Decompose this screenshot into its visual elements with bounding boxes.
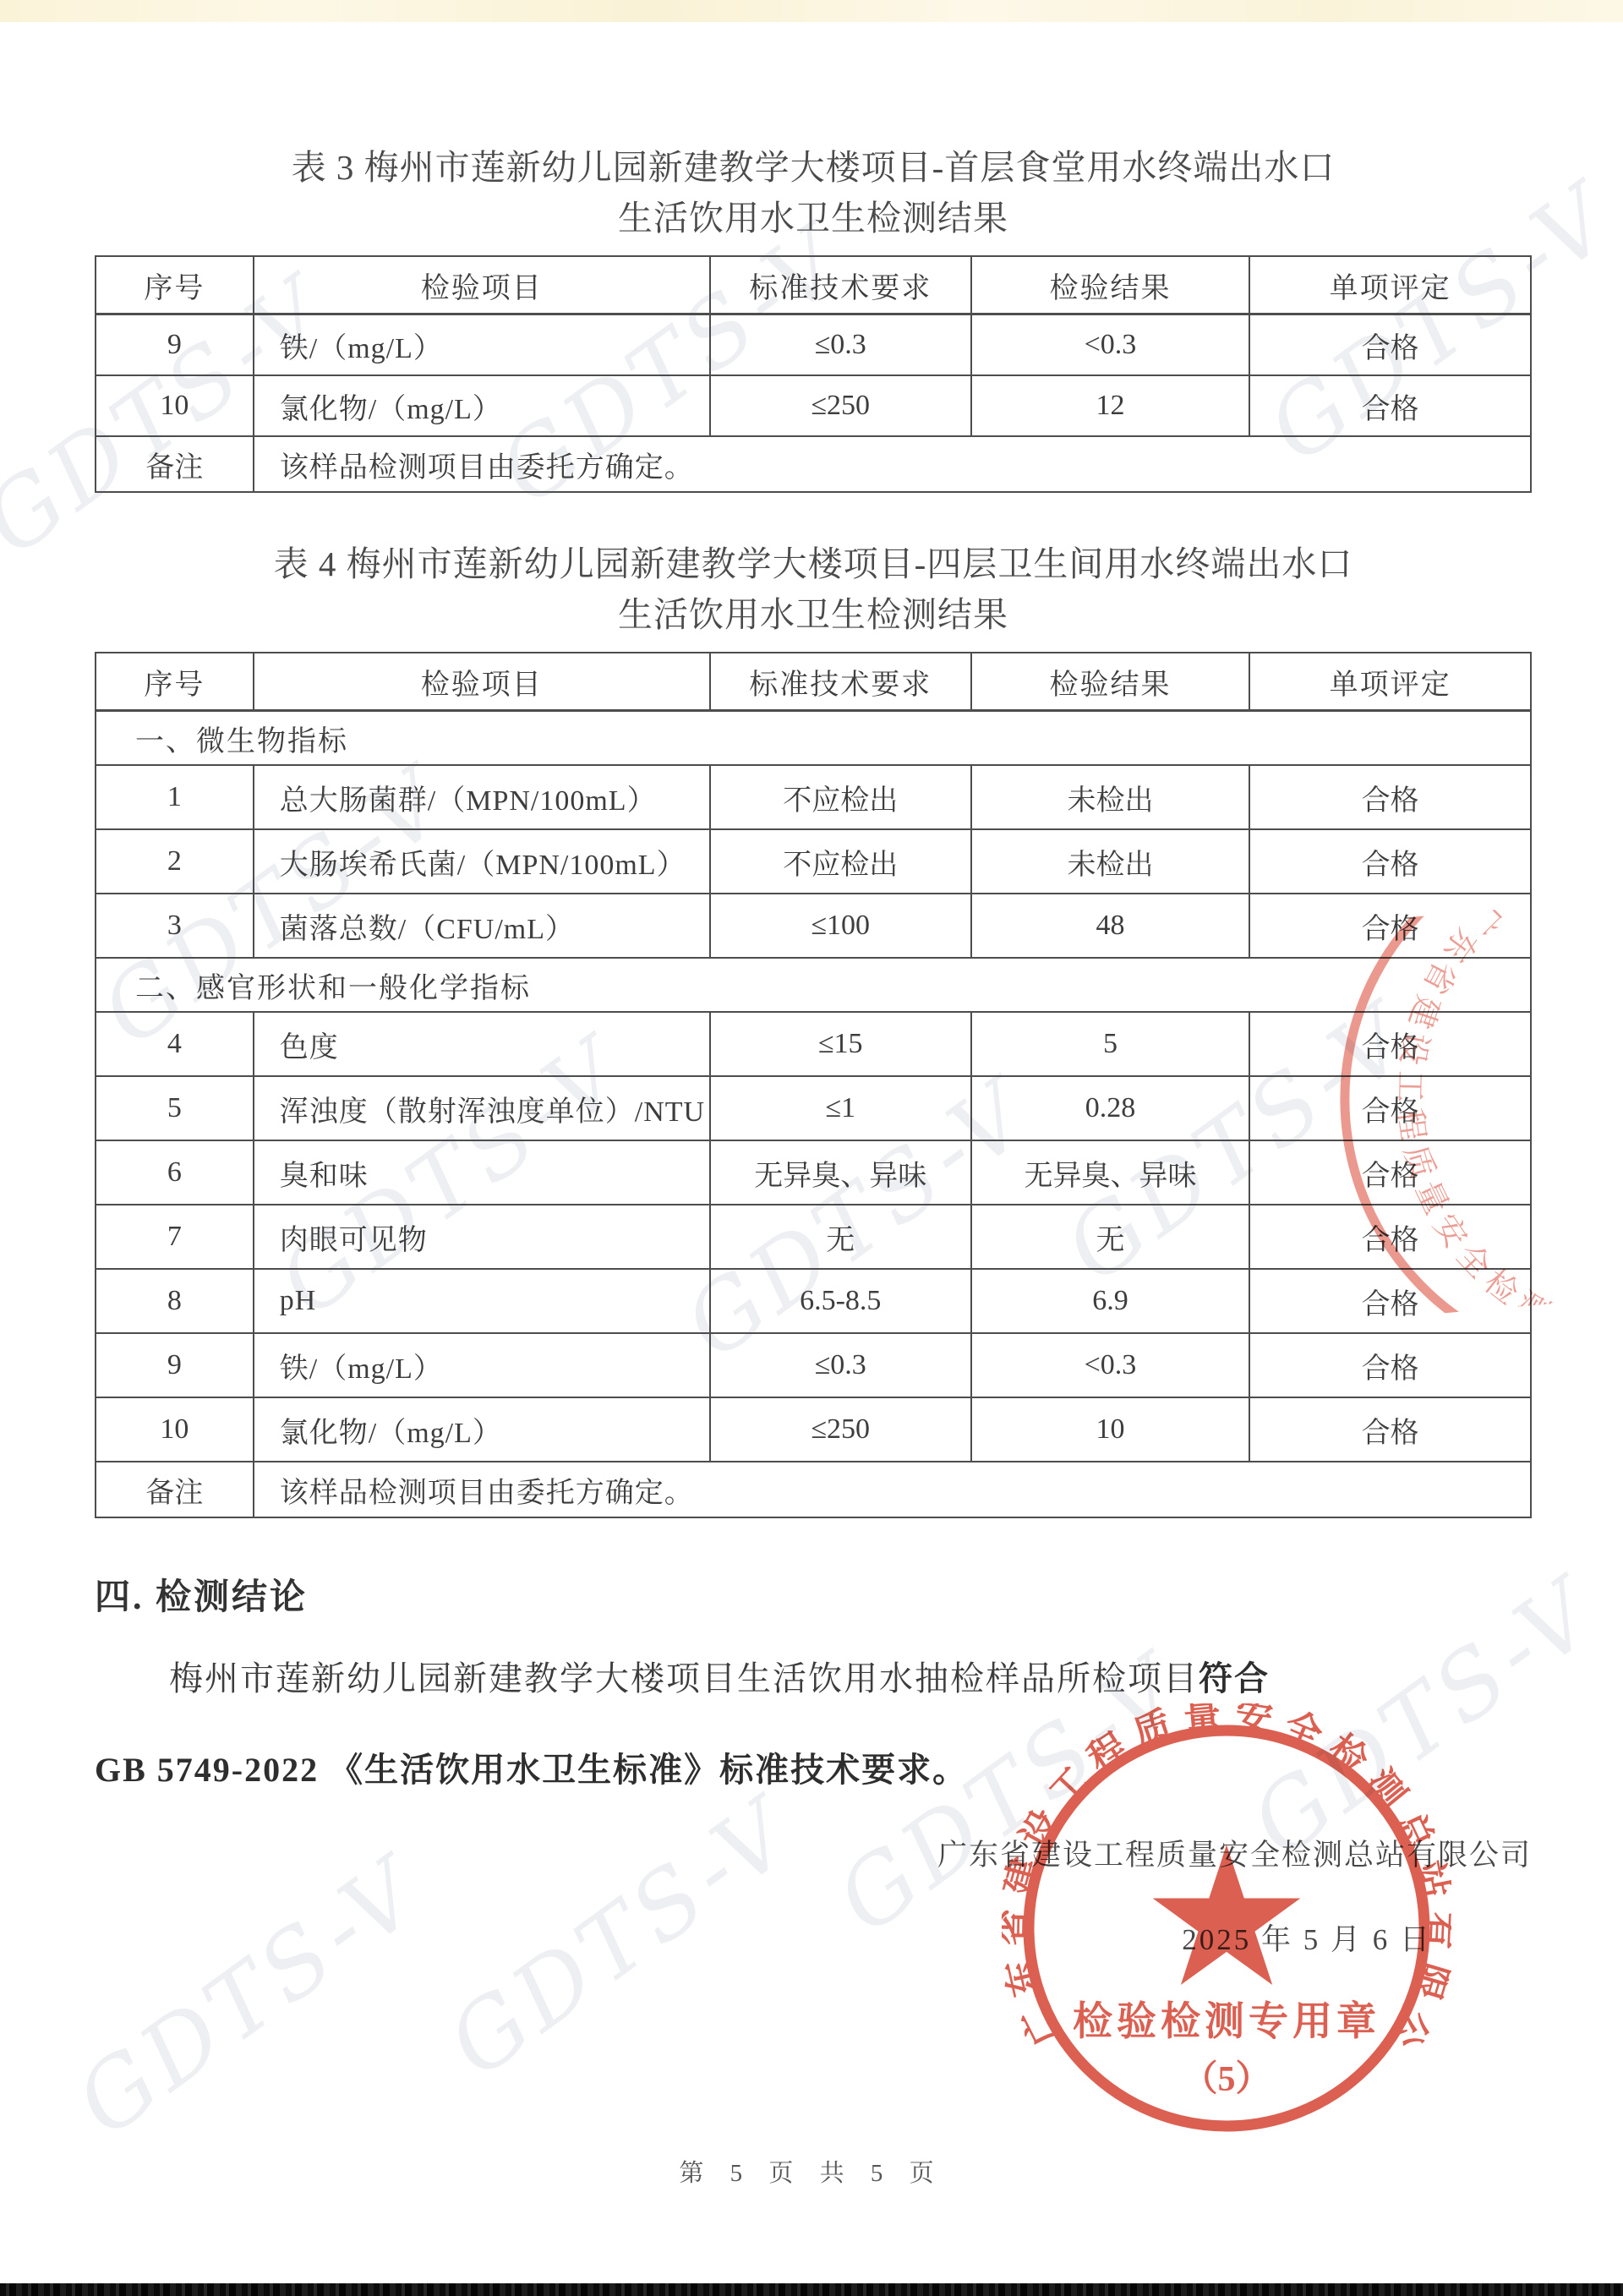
- cell-item: 总大肠菌群/（MPN/100mL）: [254, 765, 710, 829]
- cell-eval: 合格: [1249, 1333, 1531, 1397]
- scan-edge-bottom: [0, 2283, 1623, 2296]
- cell-item: 色度: [254, 1012, 710, 1076]
- svg-text:广东省建设工程质量安全检测总站有限公司: 广东省建设工程质量安全检测总站有限公司: [1292, 904, 1564, 1324]
- cell-result: 未检出: [971, 765, 1249, 829]
- cell-result: 0.28: [971, 1076, 1249, 1140]
- cell-seq: 7: [96, 1205, 254, 1269]
- cell-eval: 合格: [1249, 829, 1531, 894]
- cell-seq: 3: [96, 894, 254, 958]
- cell-result: <0.3: [971, 1333, 1249, 1397]
- col-header-result: 检验结果: [971, 256, 1249, 314]
- seal-center-text: 检验检测专用章: [1073, 1999, 1380, 2044]
- cell-result: 48: [971, 894, 1249, 958]
- table-row: 2 大肠埃希氏菌/（MPN/100mL） 不应检出 未检出 合格: [96, 829, 1531, 894]
- cell-standard: ≤0.3: [710, 314, 971, 376]
- cell-seq: 1: [96, 765, 254, 829]
- cell-standard: ≤100: [710, 894, 971, 958]
- cell-seq: 6: [96, 1140, 254, 1205]
- table4-title-line1: 表 4 梅州市莲新幼儿园新建教学大楼项目-四层卫生间用水终端出水口: [95, 538, 1532, 589]
- cell-standard: ≤15: [710, 1012, 971, 1076]
- cell-item: 大肠埃希氏菌/（MPN/100mL）: [254, 829, 710, 894]
- col-header-eval: 单项评定: [1249, 256, 1531, 314]
- section-label: 一、微生物指标: [96, 711, 1531, 766]
- cell-standard: 6.5-8.5: [710, 1269, 971, 1333]
- cell-seq: 9: [96, 314, 254, 376]
- cell-item: 氯化物/（mg/L）: [254, 1397, 710, 1462]
- col-header-result: 检验结果: [971, 653, 1249, 711]
- cell-item: 铁/（mg/L）: [254, 1333, 710, 1397]
- cell-seq: 8: [96, 1269, 254, 1333]
- table3-title-line2: 生活饮用水卫生检测结果: [95, 193, 1532, 243]
- cell-eval: 合格: [1249, 314, 1531, 376]
- conclusion-text-emphasis: 符合: [1199, 1659, 1270, 1697]
- table-row: 9 铁/（mg/L） ≤0.3 <0.3 合格: [96, 314, 1531, 376]
- cell-result: 10: [971, 1397, 1249, 1462]
- cell-item: 浑浊度（散射浑浊度单位）/NTU: [254, 1076, 710, 1140]
- conclusion-text: 梅州市莲新幼儿园新建教学大楼项目生活饮用水抽检样品所检项目: [169, 1659, 1199, 1697]
- table-row: 10 氯化物/（mg/L） ≤250 12 合格: [96, 375, 1531, 436]
- cell-item: pH: [254, 1269, 710, 1333]
- scanned-report-page: GDTS-V GDTS-V GDTS-V GDTS-V GDTS-V GDTS-…: [0, 0, 1623, 2296]
- conclusion-heading: 四. 检测结论: [95, 1574, 1532, 1621]
- cell-standard: ≤250: [710, 375, 971, 436]
- cell-result: 无: [971, 1205, 1249, 1269]
- cell-standard: 不应检出: [710, 829, 971, 894]
- cell-item: 铁/（mg/L）: [254, 314, 710, 376]
- cell-item: 氯化物/（mg/L）: [254, 375, 710, 436]
- cell-result: 6.9: [971, 1269, 1249, 1333]
- cell-seq: 10: [96, 375, 254, 436]
- remark-text: 该样品检测项目由委托方确定。: [254, 1462, 1531, 1517]
- col-header-item: 检验项目: [254, 256, 710, 314]
- col-header-eval: 单项评定: [1249, 653, 1531, 711]
- table4-remark-row: 备注 该样品检测项目由委托方确定。: [96, 1462, 1531, 1517]
- cell-seq: 2: [96, 829, 254, 894]
- star-icon: ★: [1140, 1813, 1313, 2026]
- table-row: 8 pH 6.5-8.5 6.9 合格: [96, 1269, 1531, 1333]
- col-header-standard: 标准技术要求: [710, 653, 971, 711]
- cell-result: 5: [971, 1012, 1249, 1076]
- cell-seq: 4: [96, 1012, 254, 1076]
- cell-eval: 合格: [1249, 765, 1531, 829]
- partial-stamp-ring-text: 广东省建设工程质量安全检测总站有限公司: [1292, 904, 1564, 1324]
- seal-number: （5）: [1182, 2059, 1271, 2099]
- cell-standard: ≤0.3: [710, 1333, 971, 1397]
- table3-remark-row: 备注 该样品检测项目由委托方确定。: [96, 436, 1531, 492]
- cell-eval: 合格: [1249, 1397, 1531, 1462]
- cell-seq: 9: [96, 1333, 254, 1397]
- cell-standard: ≤250: [710, 1397, 971, 1462]
- table-row: 7 肉眼可见物 无 无 合格: [96, 1205, 1531, 1269]
- partial-stamp: 广东省建设工程质量安全检测总站有限公司: [1292, 904, 1604, 1324]
- cell-item: 菌落总数/（CFU/mL）: [254, 894, 710, 958]
- col-header-item: 检验项目: [254, 653, 710, 711]
- table3-header-row: 序号 检验项目 标准技术要求 检验结果 单项评定: [96, 256, 1531, 314]
- cell-seq: 5: [96, 1076, 254, 1140]
- cell-standard: 不应检出: [710, 765, 971, 829]
- col-header-standard: 标准技术要求: [710, 256, 971, 314]
- cell-item: 肉眼可见物: [254, 1205, 710, 1269]
- remark-label: 备注: [96, 436, 254, 492]
- remark-text: 该样品检测项目由委托方确定。: [254, 436, 1531, 492]
- cell-result: 未检出: [971, 829, 1249, 894]
- table3: 序号 检验项目 标准技术要求 检验结果 单项评定 9 铁/（mg/L） ≤0.3…: [95, 255, 1532, 493]
- cell-standard: 无: [710, 1205, 971, 1269]
- table4-header-row: 序号 检验项目 标准技术要求 检验结果 单项评定: [96, 653, 1531, 711]
- cell-standard: 无异臭、异味: [710, 1140, 971, 1205]
- cell-item: 臭和味: [254, 1140, 710, 1205]
- cell-seq: 10: [96, 1397, 254, 1462]
- table-row: 10 氯化物/（mg/L） ≤250 10 合格: [96, 1397, 1531, 1462]
- remark-label: 备注: [96, 1462, 254, 1517]
- table4-title-line2: 生活饮用水卫生检测结果: [95, 589, 1532, 640]
- table-row: 1 总大肠菌群/（MPN/100mL） 不应检出 未检出 合格: [96, 765, 1531, 829]
- table-row: 9 铁/（mg/L） ≤0.3 <0.3 合格: [96, 1333, 1531, 1397]
- table3-title-line1: 表 3 梅州市莲新幼儿园新建教学大楼项目-首层食堂用水终端出水口: [95, 142, 1532, 193]
- page-footer: 第 5 页 共 5 页: [0, 2154, 1623, 2189]
- cell-eval: 合格: [1249, 375, 1531, 436]
- col-header-seq: 序号: [96, 256, 254, 314]
- table4-section-microbial: 一、微生物指标: [96, 711, 1531, 766]
- conclusion-paragraph-line1: 梅州市莲新幼儿园新建教学大楼项目生活饮用水抽检样品所检项目符合: [95, 1655, 1532, 1703]
- cell-result: 无异臭、异味: [971, 1140, 1249, 1205]
- cell-result: 12: [971, 375, 1249, 436]
- inspection-seal: 广东省建设工程质量安全检测总站有限公司 ★ 检验检测专用章 （5）: [1002, 1703, 1451, 2153]
- cell-result: <0.3: [971, 314, 1249, 376]
- cell-standard: ≤1: [710, 1076, 971, 1140]
- col-header-seq: 序号: [96, 653, 254, 711]
